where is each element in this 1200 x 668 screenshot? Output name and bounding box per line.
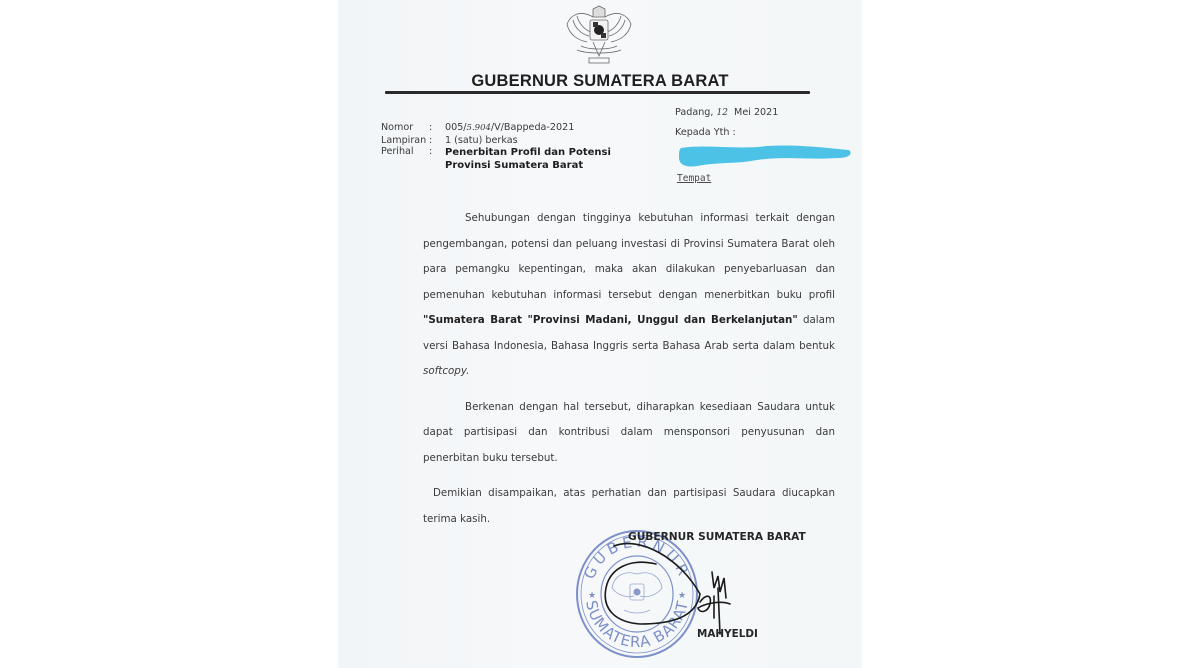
paragraph-1: Sehubungan dengan tingginya kebutuhan in…	[423, 206, 835, 385]
garuda-emblem-icon	[563, 0, 635, 68]
perihal-label: Perihal	[381, 146, 427, 172]
nomor-prefix: 005/	[445, 122, 467, 133]
date-handwritten: 12	[716, 108, 727, 118]
nomor-suffix: /V/Bappeda-2021	[491, 122, 574, 133]
lampiran-value: 1 (satu) berkas	[445, 135, 518, 147]
letter-body: Sehubungan dengan tingginya kebutuhan in…	[423, 206, 835, 532]
p1-text: Sehubungan dengan tingginya kebutuhan in…	[423, 212, 835, 301]
signatory-name: MAHYELDI	[697, 628, 758, 640]
date-suffix: Mei 2021	[734, 107, 778, 118]
perihal-line1: Penerbitan Profil dan Potensi	[445, 147, 611, 158]
perihal-colon: :	[427, 146, 445, 172]
letterhead-title: GUBERNUR SUMATERA BARAT	[338, 72, 862, 91]
place-date: Padang, 12 Mei 2021	[675, 103, 778, 123]
letterhead-rule	[385, 91, 810, 94]
nomor-value: 005/5.904/V/Bappeda-2021	[445, 122, 574, 135]
recipient-redaction	[677, 142, 853, 170]
handwritten-signature	[600, 538, 740, 638]
nomor-label: Nomor	[381, 122, 427, 135]
addressee-block: Padang, 12 Mei 2021 Kepada Yth :	[675, 103, 778, 143]
letter-meta: Nomor : 005/5.904/V/Bappeda-2021 Lampira…	[381, 122, 611, 172]
kepada-label: Kepada Yth :	[675, 123, 778, 143]
place: Padang,	[675, 107, 713, 118]
paragraph-2: Berkenan dengan hal tersebut, diharapkan…	[423, 395, 835, 472]
lampiran-label: Lampiran	[381, 135, 427, 147]
tempat-label: Tempat	[677, 173, 711, 184]
nomor-colon: :	[427, 122, 445, 135]
softcopy-term: softcopy.	[423, 365, 469, 377]
perihal-line2: Provinsi Sumatera Barat	[445, 160, 583, 171]
lampiran-colon: :	[427, 135, 445, 147]
nomor-handwritten: 5.904	[467, 123, 491, 133]
nomor-row: Nomor : 005/5.904/V/Bappeda-2021	[381, 122, 611, 135]
lampiran-row: Lampiran : 1 (satu) berkas	[381, 135, 611, 147]
book-title: "Sumatera Barat "Provinsi Madani, Unggul…	[423, 314, 798, 326]
perihal-value: Penerbitan Profil dan Potensi Provinsi S…	[445, 146, 611, 172]
svg-text:★: ★	[588, 591, 596, 601]
perihal-row: Perihal : Penerbitan Profil dan Potensi …	[381, 146, 611, 172]
